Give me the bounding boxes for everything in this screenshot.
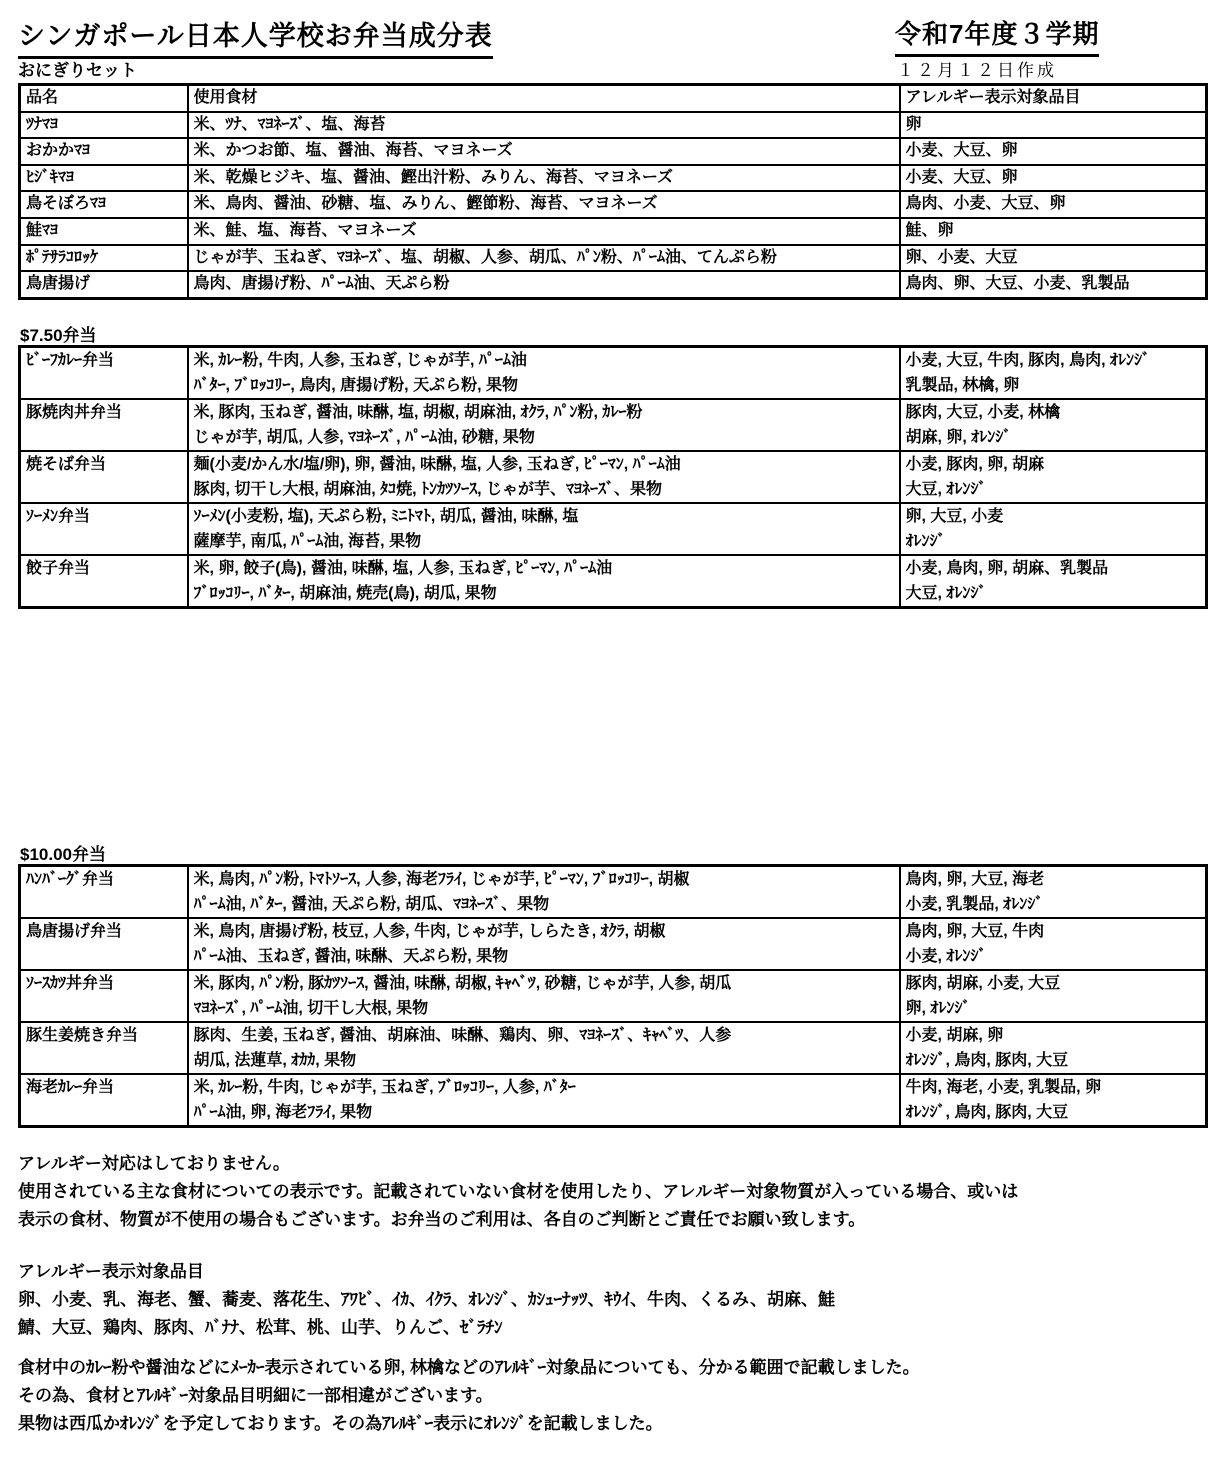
menu-allergens-line2: ｵﾚﾝｼﾞ, 鳥肉, 豚肉, 大豆 bbox=[906, 1048, 1206, 1073]
menu-row: 鳥そぼろﾏﾖ 米、鳥肉、醤油、砂糖、塩、みりん、鰹節粉、海苔、マヨネーズ 鳥肉、… bbox=[20, 191, 1207, 218]
menu-ingredients-line1: 米, ｶﾚｰ粉, 牛肉, じゃが芋, 玉ねぎ, ﾌﾞﾛｯｺﾘｰ, 人参, ﾊﾞﾀ… bbox=[194, 1075, 899, 1100]
table-header-row: 品名 使用食材 アレルギー表示対象品目 bbox=[20, 85, 1207, 112]
menu-allergens-line1: 豚肉, 大豆, 小麦, 林檎 bbox=[906, 400, 1206, 425]
additional-notes-paragraph: 食材中のｶﾚｰ粉や醤油などにﾒｰｶｰ表示されている卵, 林檎などのｱﾚﾙｷﾞｰ対… bbox=[18, 1354, 920, 1438]
menu-allergens-line2: 大豆, ｵﾚﾝｼﾞ bbox=[906, 477, 1206, 502]
menu-item-name: ﾎﾟﾃｻﾗｺﾛｯｹ bbox=[26, 246, 187, 271]
menu-ingredients: 米、かつお節、塩、醤油、海苔、マヨネーズ bbox=[194, 139, 899, 164]
menu-row: 鳥唐揚げ 鳥肉、唐揚げ粉、ﾊﾟｰﾑ油、天ぷら粉 鳥肉、卵、大豆、小麦、乳製品 bbox=[20, 271, 1207, 298]
bento-750-table: ﾋﾞｰﾌｶﾚｰ弁当 米, ｶﾚｰ粉, 牛肉, 人参, 玉ねぎ, じゃが芋, ﾊﾟ… bbox=[18, 345, 1208, 609]
menu-row: ﾊﾝﾊﾞｰｸﾞ弁当 米, 鳥肉, ﾊﾟﾝ粉, ﾄﾏﾄｿｰｽ, 人参, 海老ﾌﾗｲ… bbox=[20, 866, 1207, 919]
menu-allergens-line1: 鳥肉, 卵, 大豆, 牛肉 bbox=[906, 919, 1206, 944]
menu-item-name: 鳥そぼろﾏﾖ bbox=[26, 192, 187, 217]
disclaimer-paragraph: アレルギー対応はしておりません。 使用されている主な食材についての表示です。記載… bbox=[18, 1150, 1018, 1234]
menu-ingredients-line1: 麺(小麦/かん水/塩/卵), 卵, 醤油, 味醂, 塩, 人参, 玉ねぎ, ﾋﾟ… bbox=[194, 452, 899, 477]
menu-item-name: 鳥唐揚げ弁当 bbox=[26, 919, 187, 944]
menu-ingredients-line1: 米, 鳥肉, ﾊﾟﾝ粉, ﾄﾏﾄｿｰｽ, 人参, 海老ﾌﾗｲ, じゃが芋, ﾋﾟ… bbox=[194, 867, 899, 892]
school-term-label: 令和7年度３学期 bbox=[895, 14, 1099, 57]
menu-row: 豚焼肉丼弁当 米, 豚肉, 玉ねぎ, 醤油, 味醂, 塩, 胡椒, 胡麻油, ｵ… bbox=[20, 399, 1207, 451]
document-title: シンガポール日本人学校お弁当成分表 bbox=[18, 14, 493, 59]
menu-ingredients-line2: 薩摩芋, 南瓜, ﾊﾟｰﾑ油, 海苔, 果物 bbox=[194, 529, 899, 554]
onigiri-table: 品名 使用食材 アレルギー表示対象品目 ﾂﾅﾏﾖ 米、ﾂﾅ、ﾏﾖﾈｰｽﾞ、塩、海… bbox=[18, 83, 1208, 300]
menu-ingredients-line1: 米, 鳥肉, 唐揚げ粉, 枝豆, 人参, 牛肉, じゃが芋, しらたき, ｵｸﾗ… bbox=[194, 919, 899, 944]
menu-ingredients-line2: 豚肉, 切干し大根, 胡麻油, ﾀｺ焼, ﾄﾝｶﾂｿｰｽ, じゃが芋、ﾏﾖﾈｰｽ… bbox=[194, 477, 899, 502]
menu-item-name: ｿｰﾒﾝ弁当 bbox=[26, 504, 187, 529]
menu-row: 餃子弁当 米, 卵, 餃子(鳥), 醤油, 味醂, 塩, 人参, 玉ねぎ, ﾋﾟ… bbox=[20, 555, 1207, 608]
menu-allergens-line2: 小麦, 乳製品, ｵﾚﾝｼﾞ bbox=[906, 892, 1206, 917]
menu-allergens-line2: 大豆, ｵﾚﾝｼﾞ bbox=[906, 581, 1206, 606]
menu-allergens-line1: 鳥肉, 卵, 大豆, 海老 bbox=[906, 867, 1206, 892]
menu-ingredients-line2: ﾊﾞﾀｰ, ﾌﾞﾛｯｺﾘｰ, 鳥肉, 唐揚げ粉, 天ぷら粉, 果物 bbox=[194, 373, 899, 398]
menu-row: 鮭ﾏﾖ 米、鮭、塩、海苔、マヨネーズ 鮭、卵 bbox=[20, 218, 1207, 245]
column-header-ingredients: 使用食材 bbox=[194, 86, 899, 111]
menu-item-name: 豚焼肉丼弁当 bbox=[26, 400, 187, 425]
menu-allergens: 卵 bbox=[906, 113, 1206, 138]
menu-allergens: 鳥肉、卵、大豆、小麦、乳製品 bbox=[906, 272, 1206, 297]
menu-item-name: 焼そば弁当 bbox=[26, 452, 187, 477]
menu-row: 海老ｶﾚｰ弁当 米, ｶﾚｰ粉, 牛肉, じゃが芋, 玉ねぎ, ﾌﾞﾛｯｺﾘｰ,… bbox=[20, 1074, 1207, 1127]
menu-ingredients: 鳥肉、唐揚げ粉、ﾊﾟｰﾑ油、天ぷら粉 bbox=[194, 272, 899, 297]
menu-allergens-line1: 豚肉, 胡麻, 小麦, 大豆 bbox=[906, 971, 1206, 996]
menu-item-name: ﾂﾅﾏﾖ bbox=[26, 113, 187, 138]
menu-ingredients-line1: 米, 豚肉, 玉ねぎ, 醤油, 味醂, 塩, 胡椒, 胡麻油, ｵｸﾗ, ﾊﾟﾝ… bbox=[194, 400, 899, 425]
menu-row: ﾋﾞｰﾌｶﾚｰ弁当 米, ｶﾚｰ粉, 牛肉, 人参, 玉ねぎ, じゃが芋, ﾊﾟ… bbox=[20, 347, 1207, 400]
menu-ingredients-line2: ﾊﾟｰﾑ油, ﾊﾞﾀｰ, 醤油, 天ぷら粉, 胡瓜、ﾏﾖﾈｰｽﾞ、果物 bbox=[194, 892, 899, 917]
menu-allergens: 鮭、卵 bbox=[906, 219, 1206, 244]
menu-item-name: ﾋｼﾞｷﾏﾖ bbox=[26, 166, 187, 191]
disclaimer-line1: アレルギー対応はしておりません。 bbox=[18, 1150, 1018, 1178]
menu-ingredients-line2: ﾊﾟｰﾑ油、玉ねぎ, 醤油, 味醂、天ぷら粉, 果物 bbox=[194, 944, 899, 969]
created-date: １２月１２日作成 bbox=[897, 56, 1057, 81]
additional-note-line1: 食材中のｶﾚｰ粉や醤油などにﾒｰｶｰ表示されている卵, 林檎などのｱﾚﾙｷﾞｰ対… bbox=[18, 1354, 920, 1382]
menu-item-name: 鳥唐揚げ bbox=[26, 272, 187, 297]
menu-row: ﾋｼﾞｷﾏﾖ 米、乾燥ヒジキ、塩、醤油、鰹出汁粉、みりん、海苔、マヨネーズ 小麦… bbox=[20, 165, 1207, 192]
column-header-name: 品名 bbox=[26, 86, 187, 111]
menu-allergens: 鳥肉、小麦、大豆、卵 bbox=[906, 192, 1206, 217]
menu-ingredients-line2: 胡瓜, 法蓮草, ｵｶｶ, 果物 bbox=[194, 1048, 899, 1073]
allergen-list-line1: 卵、小麦、乳、海老、蟹、蕎麦、落花生、ｱﾜﾋﾞ、ｲｶ、ｲｸﾗ、ｵﾚﾝｼﾞ、ｶｼｭ… bbox=[18, 1286, 835, 1314]
menu-ingredients: 米、鳥肉、醤油、砂糖、塩、みりん、鰹節粉、海苔、マヨネーズ bbox=[194, 192, 899, 217]
menu-item-name: ﾋﾞｰﾌｶﾚｰ弁当 bbox=[26, 348, 187, 373]
menu-allergens-line1: 小麦, 大豆, 牛肉, 豚肉, 鳥肉, ｵﾚﾝｼﾞ bbox=[906, 348, 1206, 373]
menu-allergens-line1: 小麦, 鳥肉, 卵, 胡麻、乳製品 bbox=[906, 556, 1206, 581]
menu-item-name: ｿｰｽｶﾂ丼弁当 bbox=[26, 971, 187, 996]
allergen-list-line2: 鯖、大豆、鶏肉、豚肉、ﾊﾞﾅﾅ、松茸、桃、山芋、りんご、ｾﾞﾗﾁﾝ bbox=[18, 1314, 835, 1342]
menu-row: おかかﾏﾖ 米、かつお節、塩、醤油、海苔、マヨネーズ 小麦、大豆、卵 bbox=[20, 138, 1207, 165]
menu-row: ﾎﾟﾃｻﾗｺﾛｯｹ じゃが芋、玉ねぎ、ﾏﾖﾈｰｽﾞ、塩、胡椒、人参、胡瓜、ﾊﾟﾝ… bbox=[20, 245, 1207, 272]
menu-row: ｿｰｽｶﾂ丼弁当 米, 豚肉, ﾊﾟﾝ粉, 豚ｶﾂｿｰｽ, 醤油, 味醂, 胡椒… bbox=[20, 970, 1207, 1022]
additional-note-line3: 果物は西瓜かｵﾚﾝｼﾞを予定しております。その為ｱﾚﾙｷﾞｰ表示にｵﾚﾝｼﾞを記… bbox=[18, 1410, 920, 1438]
menu-item-name: 海老ｶﾚｰ弁当 bbox=[26, 1075, 187, 1100]
bento-ingredients-document: シンガポール日本人学校お弁当成分表 令和7年度３学期 おにぎりセット １２月１２… bbox=[0, 0, 1218, 1458]
menu-ingredients-line2: ﾏﾖﾈｰｽﾞ, ﾊﾟｰﾑ油, 切干し大根, 果物 bbox=[194, 996, 899, 1021]
menu-item-name: 豚生姜焼き弁当 bbox=[26, 1023, 187, 1048]
bento-1000-table: ﾊﾝﾊﾞｰｸﾞ弁当 米, 鳥肉, ﾊﾟﾝ粉, ﾄﾏﾄｿｰｽ, 人参, 海老ﾌﾗｲ… bbox=[18, 864, 1208, 1128]
menu-ingredients-line1: 米, 卵, 餃子(鳥), 醤油, 味醂, 塩, 人参, 玉ねぎ, ﾋﾟｰﾏﾝ, … bbox=[194, 556, 899, 581]
disclaimer-line3: 表示の食材、物質が不使用の場合もございます。お弁当のご利用は、各自のご判断とご責… bbox=[18, 1206, 1018, 1234]
menu-allergens-line1: 小麦, 豚肉, 卵, 胡麻 bbox=[906, 452, 1206, 477]
menu-ingredients-line2: ﾊﾟｰﾑ油, 卵, 海老ﾌﾗｲ, 果物 bbox=[194, 1100, 899, 1125]
section-label-750-bento: $7.50弁当 bbox=[20, 321, 97, 346]
menu-ingredients: 米、ﾂﾅ、ﾏﾖﾈｰｽﾞ、塩、海苔 bbox=[194, 113, 899, 138]
menu-allergens: 小麦、大豆、卵 bbox=[906, 166, 1206, 191]
menu-allergens-line2: 卵, ｵﾚﾝｼﾞ bbox=[906, 996, 1206, 1021]
menu-row: 鳥唐揚げ弁当 米, 鳥肉, 唐揚げ粉, 枝豆, 人参, 牛肉, じゃが芋, しら… bbox=[20, 918, 1207, 970]
menu-allergens-line2: ｵﾚﾝｼﾞ bbox=[906, 529, 1206, 554]
menu-allergens-line1: 牛肉, 海老, 小麦, 乳製品, 卵 bbox=[906, 1075, 1206, 1100]
menu-allergens-line2: 胡麻, 卵, ｵﾚﾝｼﾞ bbox=[906, 425, 1206, 450]
menu-ingredients: 米、鮭、塩、海苔、マヨネーズ bbox=[194, 219, 899, 244]
additional-note-line2: その為、食材とｱﾚﾙｷﾞｰ対象品目明細に一部相違がございます。 bbox=[18, 1382, 920, 1410]
menu-ingredients: 米、乾燥ヒジキ、塩、醤油、鰹出汁粉、みりん、海苔、マヨネーズ bbox=[194, 166, 899, 191]
menu-ingredients-line1: 米, ｶﾚｰ粉, 牛肉, 人参, 玉ねぎ, じゃが芋, ﾊﾟｰﾑ油 bbox=[194, 348, 899, 373]
section-label-onigiri-set: おにぎりセット bbox=[18, 56, 137, 81]
menu-ingredients-line1: ｿｰﾒﾝ(小麦粉, 塩), 天ぷら粉, ﾐﾆﾄﾏﾄ, 胡瓜, 醤油, 味醂, 塩 bbox=[194, 504, 899, 529]
menu-allergens-line1: 小麦, 胡麻, 卵 bbox=[906, 1023, 1206, 1048]
menu-ingredients-line2: ﾌﾞﾛｯｺﾘｰ, ﾊﾞﾀｰ, 胡麻油, 焼売(鳥), 胡瓜, 果物 bbox=[194, 581, 899, 606]
column-header-allergens: アレルギー表示対象品目 bbox=[906, 86, 1206, 111]
menu-allergens: 卵、小麦、大豆 bbox=[906, 246, 1206, 271]
menu-ingredients-line1: 米, 豚肉, ﾊﾟﾝ粉, 豚ｶﾂｿｰｽ, 醤油, 味醂, 胡椒, ｷｬﾍﾞﾂ, … bbox=[194, 971, 899, 996]
menu-item-name: 餃子弁当 bbox=[26, 556, 187, 581]
menu-item-name: ﾊﾝﾊﾞｰｸﾞ弁当 bbox=[26, 867, 187, 892]
menu-item-name: おかかﾏﾖ bbox=[26, 139, 187, 164]
menu-row: 豚生姜焼き弁当 豚肉、生姜, 玉ねぎ, 醤油、胡麻油、味醂、鶏肉、卵、ﾏﾖﾈｰｽ… bbox=[20, 1022, 1207, 1074]
allergen-list-section: アレルギー表示対象品目 卵、小麦、乳、海老、蟹、蕎麦、落花生、ｱﾜﾋﾞ、ｲｶ、ｲ… bbox=[18, 1258, 835, 1342]
menu-ingredients: じゃが芋、玉ねぎ、ﾏﾖﾈｰｽﾞ、塩、胡椒、人参、胡瓜、ﾊﾟﾝ粉、ﾊﾟｰﾑ油、てん… bbox=[194, 246, 899, 271]
menu-row: ｿｰﾒﾝ弁当 ｿｰﾒﾝ(小麦粉, 塩), 天ぷら粉, ﾐﾆﾄﾏﾄ, 胡瓜, 醤油… bbox=[20, 503, 1207, 555]
menu-item-name: 鮭ﾏﾖ bbox=[26, 219, 187, 244]
menu-ingredients-line2: じゃが芋, 胡瓜, 人参, ﾏﾖﾈｰｽﾞ, ﾊﾟｰﾑ油, 砂糖, 果物 bbox=[194, 425, 899, 450]
disclaimer-line2: 使用されている主な食材についての表示です。記載されていない食材を使用したり、アレ… bbox=[18, 1178, 1018, 1206]
allergen-list-heading: アレルギー表示対象品目 bbox=[18, 1258, 835, 1286]
menu-allergens-line2: 乳製品, 林檎, 卵 bbox=[906, 373, 1206, 398]
menu-row: 焼そば弁当 麺(小麦/かん水/塩/卵), 卵, 醤油, 味醂, 塩, 人参, 玉… bbox=[20, 451, 1207, 503]
menu-ingredients-line1: 豚肉、生姜, 玉ねぎ, 醤油、胡麻油、味醂、鶏肉、卵、ﾏﾖﾈｰｽﾞ、ｷｬﾍﾞﾂ、… bbox=[194, 1023, 899, 1048]
menu-allergens: 小麦、大豆、卵 bbox=[906, 139, 1206, 164]
menu-row: ﾂﾅﾏﾖ 米、ﾂﾅ、ﾏﾖﾈｰｽﾞ、塩、海苔 卵 bbox=[20, 112, 1207, 139]
section-label-1000-bento: $10.00弁当 bbox=[20, 840, 106, 865]
menu-allergens-line2: ｵﾚﾝｼﾞ, 鳥肉, 豚肉, 大豆 bbox=[906, 1100, 1206, 1125]
menu-allergens-line2: 小麦, ｵﾚﾝｼﾞ bbox=[906, 944, 1206, 969]
menu-allergens-line1: 卵, 大豆, 小麦 bbox=[906, 504, 1206, 529]
